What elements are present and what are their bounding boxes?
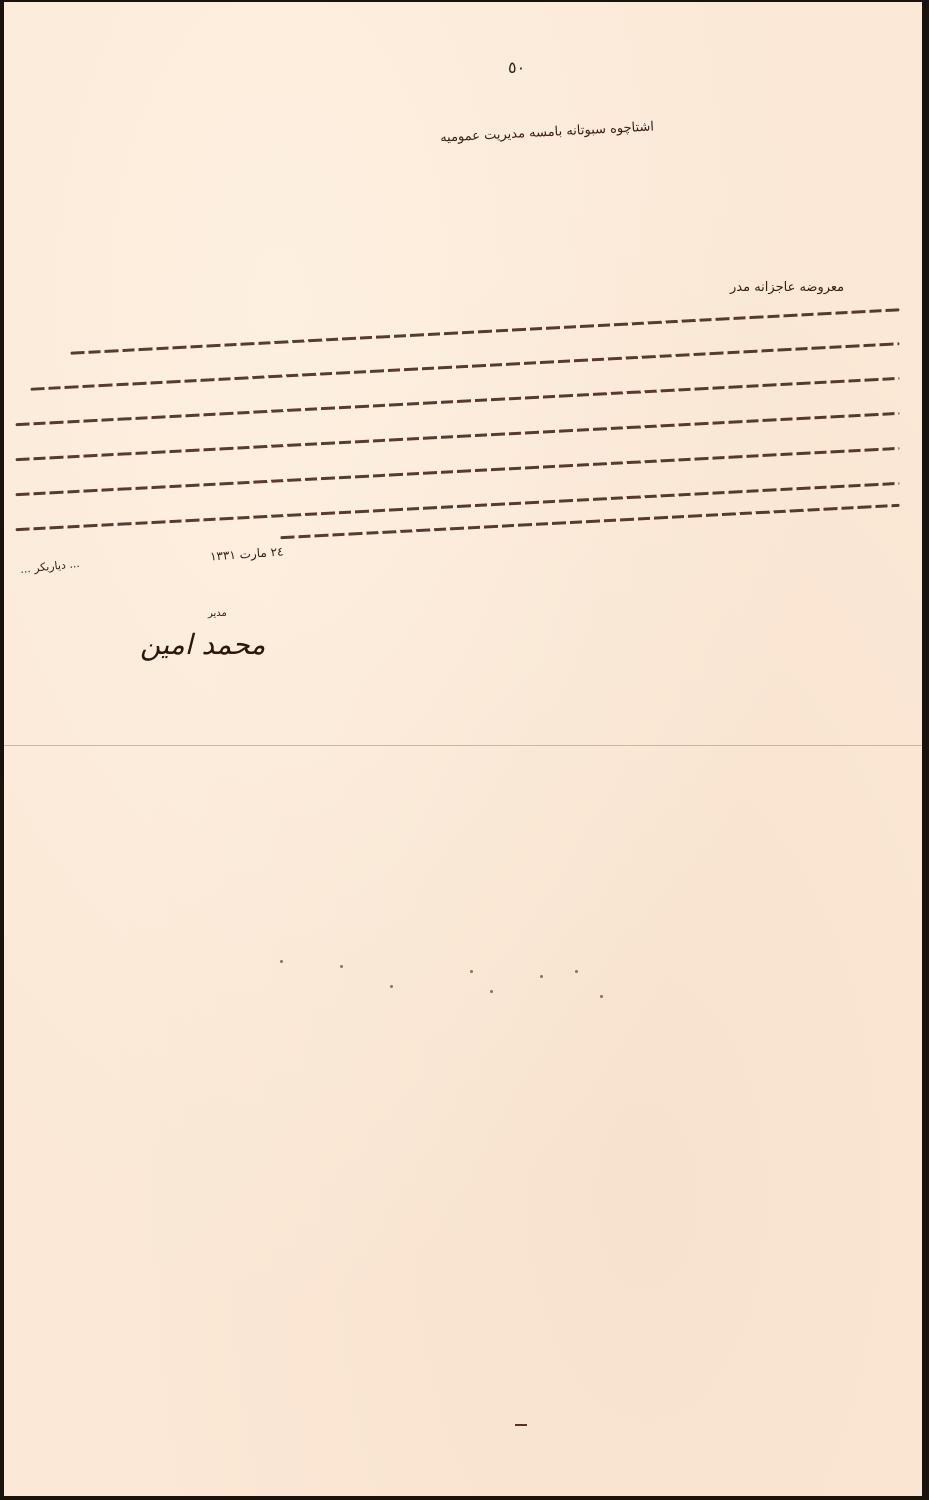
- salutation: معروضه عاجزانه مدر: [730, 280, 844, 295]
- bottom-mark: [515, 1424, 527, 1426]
- signature: محمد امین: [140, 628, 265, 661]
- signatory-title: مدیر: [208, 608, 227, 619]
- page-number-mark: ٥٠: [508, 58, 525, 77]
- document-page: [4, 2, 922, 1496]
- ink-specks: [270, 940, 630, 1020]
- fold-line: [4, 745, 922, 746]
